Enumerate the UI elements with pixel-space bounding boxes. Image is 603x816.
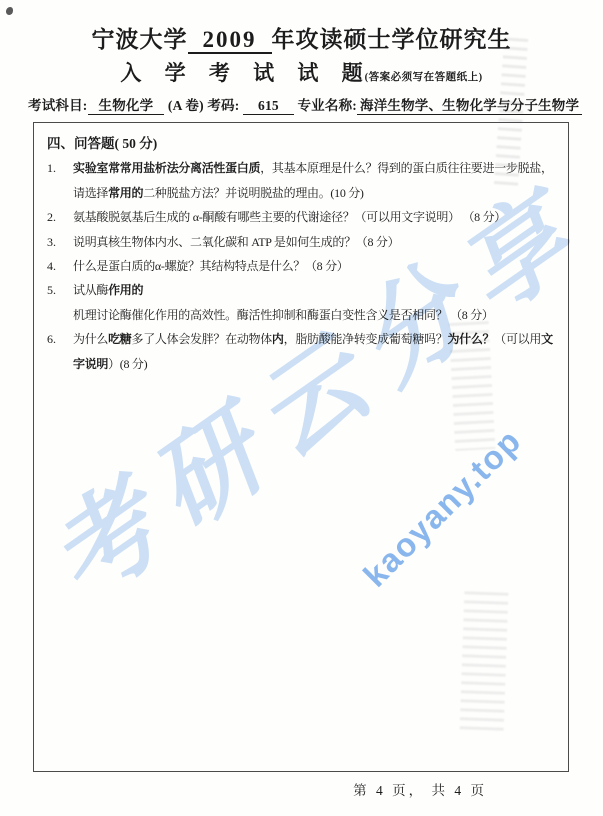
question-item: 5.试从酶作用的机理讨论酶催化作用的高效性。酶活性抑制和酶蛋白变性含义是否相同？… [47,278,558,327]
subtitle-main: 入 学 考 试 试 题 [120,61,371,85]
major-value: 海洋生物学、生物化学与分子生物学 [357,98,582,115]
paper-version: (A 卷) [168,98,204,113]
question-text: 为什么吃糖多了人体会发胖？在动物体内，脂肪酸能净转变成葡萄糖吗？为什么？（可以用… [73,327,558,376]
question-list: 1.实验室常常用盐析法分离活性蛋白质，其基本原理是什么？得到的蛋白质往往要进一步… [47,156,558,376]
question-number: 6. [47,327,73,351]
question-text: 什么是蛋白质的α-螺旋？其结构特点是什么？（8 分） [73,254,558,278]
question-number: 3. [47,230,73,254]
section-heading: 四、问答题( 50 分) [47,132,558,156]
subtitle-note: (答案必须写在答题纸上) [365,72,483,83]
title-university: 宁波大学 [92,27,188,52]
document-subtitle: 入 学 考 试 试 题(答案必须写在答题纸上) [0,57,603,87]
question-number: 2. [47,205,73,229]
question-text: 试从酶作用的机理讨论酶催化作用的高效性。酶活性抑制和酶蛋白变性含义是否相同？ （… [73,278,558,327]
question-item: 6.为什么吃糖多了人体会发胖？在动物体内，脂肪酸能净转变成葡萄糖吗？为什么？（可… [47,327,558,376]
code-value: 615 [243,98,294,115]
title-suffix: 年攻读硕士学位研究生 [272,27,512,52]
question-number: 5. [47,278,73,302]
question-number: 4. [47,254,73,278]
question-number: 1. [47,156,73,180]
question-text: 氨基酸脱氨基后生成的 α-酮酸有哪些主要的代谢途径？（可以用文字说明） （8 分… [73,205,558,229]
question-item: 2.氨基酸脱氨基后生成的 α-酮酸有哪些主要的代谢途径？（可以用文字说明） （8… [47,205,558,229]
exam-info-line: 考试科目:生物化学 (A 卷) 考码: 615 专业名称:海洋生物学、生物化学与… [28,94,582,114]
exam-paper-page: 宁波大学2009年攻读硕士学位研究生 入 学 考 试 试 题(答案必须写在答题纸… [0,0,603,816]
subject-value: 生物化学 [88,98,165,115]
code-label: 考码: [207,98,239,113]
question-box: 四、问答题( 50 分) 1.实验室常常用盐析法分离活性蛋白质，其基本原理是什么… [33,122,569,772]
question-text: 说明真核生物体内水、二氧化碳和 ATP 是如何生成的？（8 分） [73,230,558,254]
title-year-underlined: 2009 [188,27,272,54]
question-item: 4.什么是蛋白质的α-螺旋？其结构特点是什么？（8 分） [47,254,558,278]
scan-speck [6,7,13,15]
subject-label: 考试科目: [28,98,88,113]
page-footer: 第 4 页， 共 4 页 [0,779,603,799]
question-item: 1.实验室常常用盐析法分离活性蛋白质，其基本原理是什么？得到的蛋白质往往要进一步… [47,156,558,205]
question-item: 3.说明真核生物体内水、二氧化碳和 ATP 是如何生成的？（8 分） [47,230,558,254]
document-title: 宁波大学2009年攻读硕士学位研究生 [0,21,603,54]
major-label: 专业名称: [297,98,357,113]
question-text: 实验室常常用盐析法分离活性蛋白质，其基本原理是什么？得到的蛋白质往往要进一步脱盐… [73,156,558,205]
